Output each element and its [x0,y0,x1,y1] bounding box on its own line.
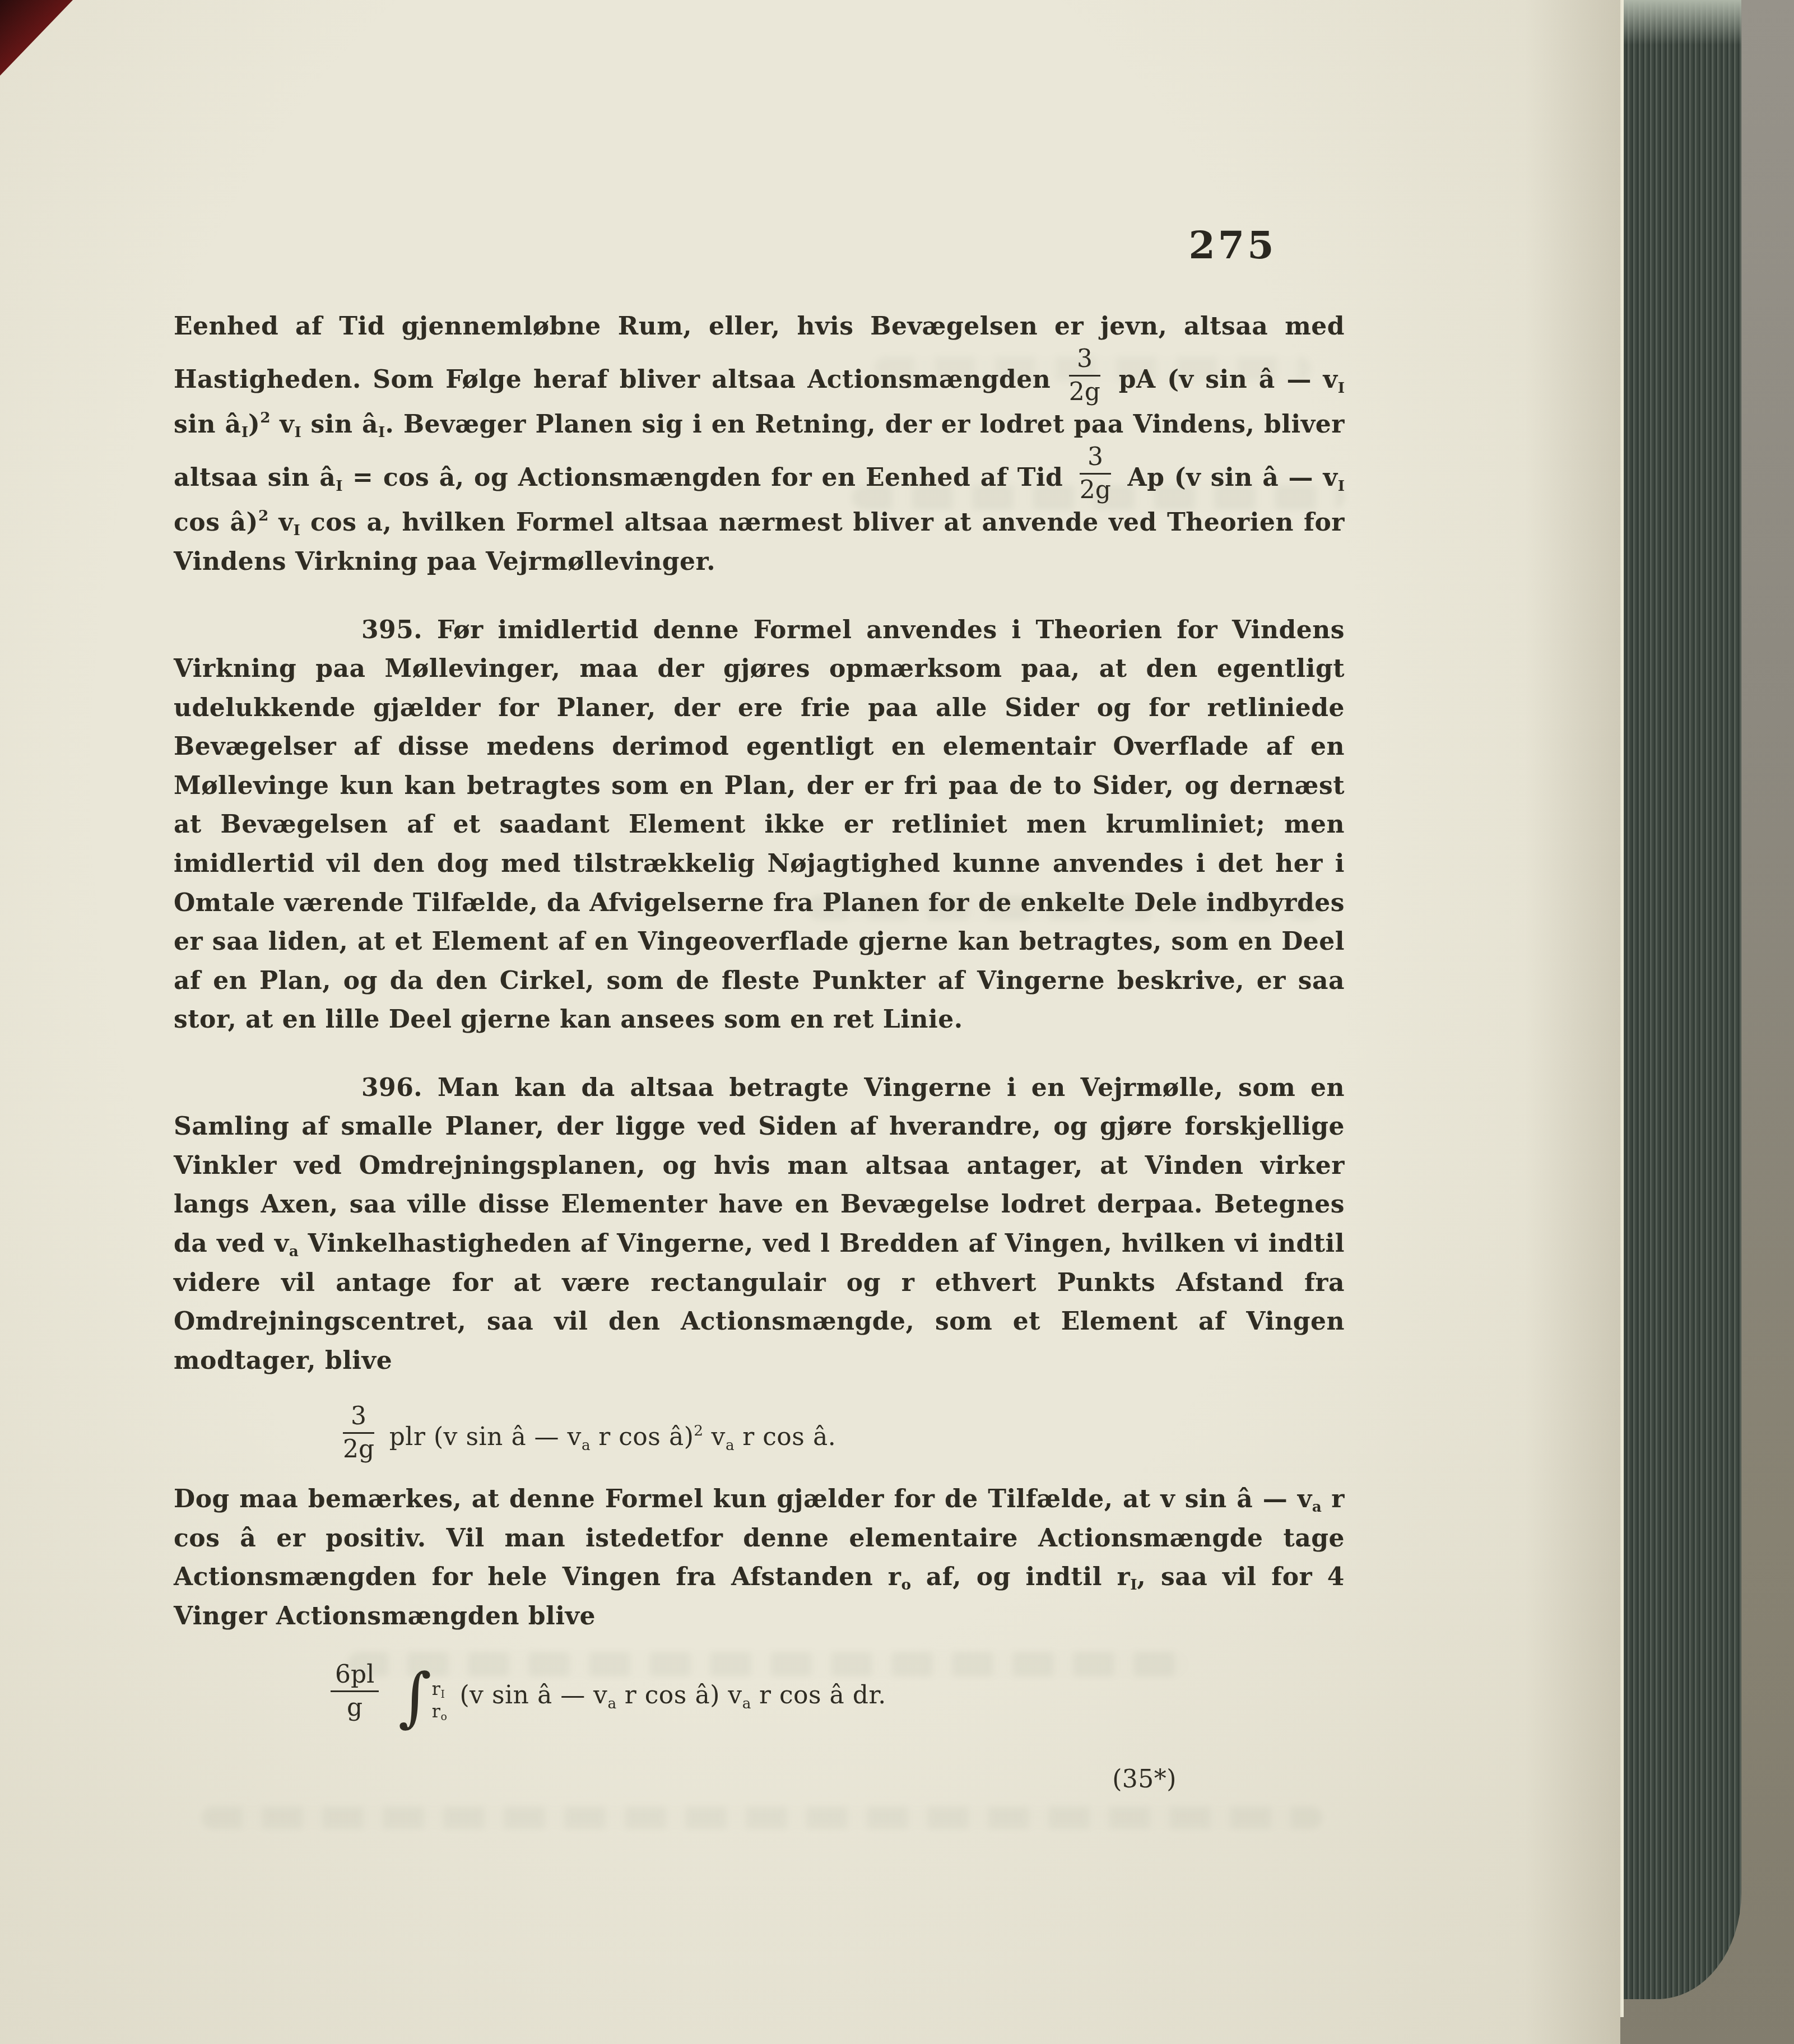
paragraph-396: 396. Man kan da altsaa betragte Vingerne… [174,1069,1345,1381]
signature-mark: (35*) [174,1760,1345,1799]
page-stack-fore-edge [1620,0,1741,1999]
bleedthrough-ghost [202,1806,1322,1829]
scanned-book-photo: { "page": { "number": "275", "footer": "… [0,0,1794,2044]
formula-integral: 6plg ∫rIro (v sin â — va r cos â) va r c… [324,1662,1345,1724]
paragraph-intro: Eenhed af Tid gjennemløbne Rum, eller, h… [174,307,1345,582]
text-block: Eenhed af Tid gjennemløbne Rum, eller, h… [174,307,1345,1799]
paragraph-395: 395. Før imidlertid denne Formel anvende… [174,611,1345,1039]
formula-element-action: 32g plr (v sin â — va r cos â)2 va r cos… [336,1404,1345,1462]
book-page: 275 Eenhed af Tid gjennemløbne Rum, elle… [0,0,1620,2044]
paragraph-dog: Dog maa bemærkes, at denne Formel kun gj… [174,1480,1345,1636]
page-number: 275 [1143,223,1322,268]
